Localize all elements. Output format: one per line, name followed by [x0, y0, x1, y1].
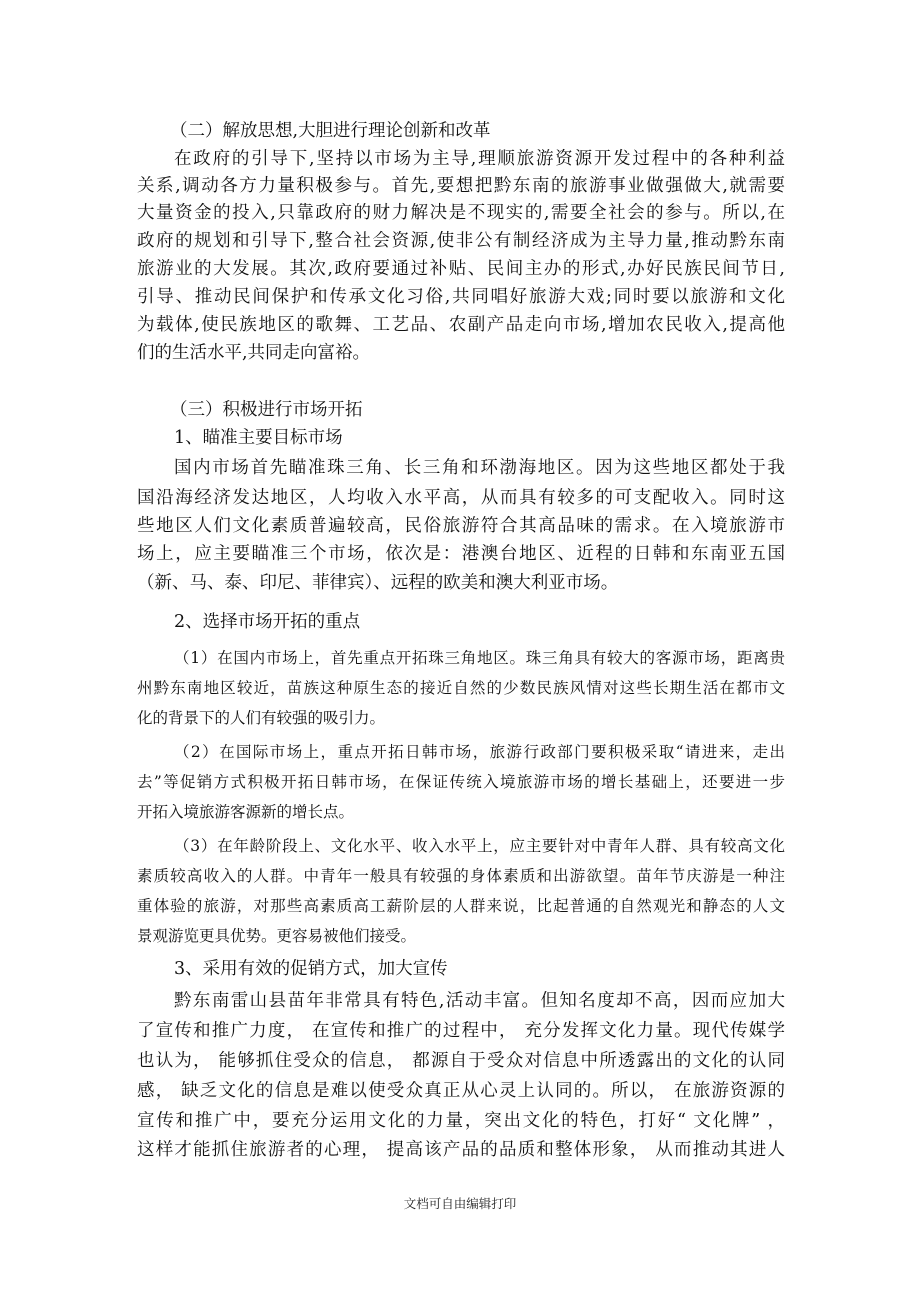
text-line: 感， 缺乏文化的信息是难以使受众真正从心灵上认同的。所以， 在旅游资源的: [137, 1078, 785, 1104]
text-line: 引导、推动民间保护和传承文化习俗,共同唱好旅游大戏;同时要以旅游和文化: [137, 284, 785, 310]
text-line: 2、选择市场开拓的重点: [174, 609, 785, 635]
text-line: 国沿海经济发达地区，人均收入水平高，从而具有较多的可支配收入。同时这: [137, 485, 785, 511]
text-line: 素质较高收入的人群。中青年一般具有较强的身体素质和出游欲望。苗年节庆游是一种注: [137, 864, 785, 888]
text-line: 旅游业的大发展。其次,政府要通过补贴、民间主办的形式,办好民族民间节日,: [137, 256, 785, 282]
text-line: 些地区人们文化素质普遍较高，民俗旅游符合其高品味的需求。在入境旅游市: [137, 513, 785, 539]
text-line: 3、采用有效的促销方式，加大宣传: [174, 956, 785, 982]
text-line: 国内市场首先瞄准珠三角、长三角和环渤海地区。因为这些地区都处于我: [174, 455, 785, 481]
text-line: 开拓入境旅游客源新的增长点。: [137, 800, 785, 824]
text-line: 们的生活水平,共同走向富裕。: [137, 340, 785, 366]
text-line: （1）在国内市场上，首先重点开拓珠三角地区。珠三角具有较大的客源市场，距离贵: [174, 646, 785, 670]
text-line: 去”等促销方式积极开拓日韩市场，在保证传统入境旅游市场的增长基础上，还要进一步: [137, 770, 785, 794]
text-line: 景观游览更具优势。更容易被他们接受。: [137, 924, 785, 948]
text-line: 宣传和推广中，要充分运用文化的力量，突出文化的特色，打好“ 文化牌” ，: [137, 1108, 785, 1134]
text-line: 也认为， 能够抓住受众的信息， 都源自于受众对信息中所透露出的文化的认同: [137, 1048, 785, 1074]
text-line: 黔东南雷山县苗年非常具有特色,活动丰富。但知名度却不高，因而应加大: [174, 988, 785, 1014]
text-line: 了宣传和推广力度， 在宣传和推广的过程中， 充分发挥文化力量。现代传媒学: [137, 1018, 785, 1044]
text-line: 在政府的引导下,坚持以市场为主导,理顺旅游资源开发过程中的各种利益: [174, 146, 785, 172]
text-line: 化的背景下的人们有较强的吸引力。: [137, 706, 785, 730]
page-footer: 文档可自由编辑打印: [0, 1194, 920, 1212]
text-line: （二）解放思想,大胆进行理论创新和改革: [170, 118, 785, 144]
document-page: （二）解放思想,大胆进行理论创新和改革在政府的引导下,坚持以市场为主导,理顺旅游…: [0, 0, 920, 1302]
text-line: （三）积极进行市场开拓: [170, 397, 785, 423]
text-line: 大量资金的投入,只靠政府的财力解决是不现实的,需要全社会的参与。所以,在: [137, 200, 785, 226]
text-line: 州黔东南地区较近，苗族这种原生态的接近自然的少数民族风情对这些长期生活在都市文: [137, 676, 785, 700]
text-line: （3）在年龄阶段上、文化水平、收入水平上，应主要针对中青年人群、具有较高文化: [174, 834, 785, 858]
text-line: （2）在国际市场上，重点开拓日韩市场，旅游行政部门要积极采取“请进来，走出: [174, 740, 785, 764]
text-line: 这样才能抓住旅游者的心理， 提高该产品的品质和整体形象， 从而推动其进人: [137, 1137, 785, 1163]
text-line: 关系,调动各方力量积极参与。首先,要想把黔东南的旅游事业做强做大,就需要: [137, 173, 785, 199]
text-line: 为载体,使民族地区的歌舞、工艺品、农副产品走向市场,增加农民收入,提高他: [137, 312, 785, 338]
text-line: 场上，应主要瞄准三个市场，依次是：港澳台地区、近程的日韩和东南亚五国: [137, 541, 785, 567]
text-line: 重体验的旅游，对那些高素质高工薪阶层的人群来说，比起普通的自然观光和静态的人文: [137, 894, 785, 918]
text-line: 1、瞄准主要目标市场: [174, 425, 785, 451]
text-line: 政府的规划和引导下,整合社会资源,使非公有制经济成为主导力量,推动黔东南: [137, 228, 785, 254]
text-line: （新、马、泰、印尼、菲律宾）、远程的欧美和澳大利亚市场。: [137, 570, 785, 596]
